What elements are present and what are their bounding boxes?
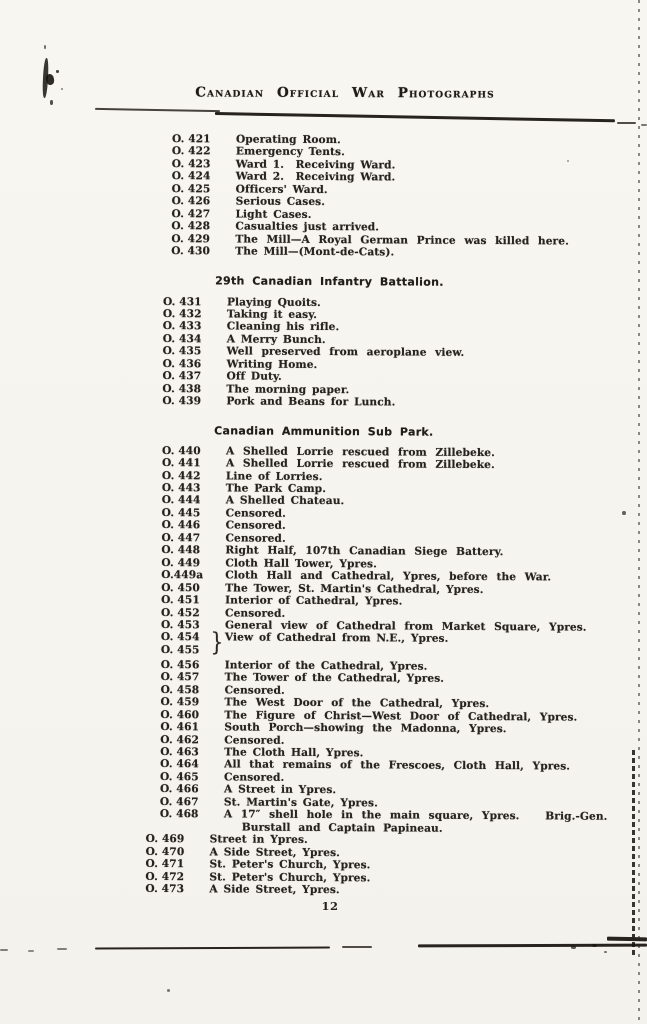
- entry-description: The West Door of the Cathedral, Ypres.: [224, 697, 489, 711]
- entry-number: O. 429: [171, 233, 223, 246]
- entry-description: Well preserved from aeroplane view.: [227, 346, 465, 359]
- footer-rule-right: [418, 944, 647, 947]
- entry-number: O. 432: [163, 308, 215, 321]
- entry-description: A Street in Ypres.: [224, 784, 336, 797]
- entry-number: O. 442: [162, 470, 214, 483]
- entry-description: A Merry Bunch.: [227, 333, 326, 346]
- section-29th-battalion: 29th Canadian Infantry Battalion. O. 431…: [158, 274, 641, 411]
- entry-description: Playing Quoits.: [227, 296, 321, 309]
- entry-number: O. 467: [160, 796, 212, 809]
- entry-description: Cloth Hall Tower, Ypres.: [225, 557, 377, 570]
- entry-number: O. 446: [162, 519, 214, 532]
- entry-number: O. 445: [162, 507, 214, 520]
- entry-number: O. 459: [160, 696, 212, 709]
- entry-number: O. 460: [160, 709, 212, 722]
- entry-description: A Shelled Chateau.: [226, 495, 345, 508]
- footer-rule-speck: [57, 948, 67, 950]
- entry-description: View of Cathedral from N.E., Ypres.: [225, 632, 449, 645]
- entry-number: O. 468: [160, 808, 212, 821]
- entry-description: Serious Cases.: [236, 196, 326, 209]
- entry-description: Ward 2. Receiving Ward.: [236, 171, 396, 184]
- ink-speck: [567, 160, 569, 162]
- entry-number: O. 458: [161, 684, 213, 697]
- entry-description: A Shelled Lorrie rescued from Zillebeke.: [226, 457, 495, 471]
- entry-number: O. 444: [162, 494, 214, 507]
- header-rule-left: [95, 108, 220, 112]
- entry-number: O. 428: [171, 220, 223, 233]
- entry-description: Censored.: [226, 507, 286, 519]
- ink-speck: [61, 88, 63, 90]
- entry-number: O. 452: [161, 607, 213, 620]
- entry-number: O. 436: [163, 358, 215, 371]
- entry-number: O. 465: [160, 771, 212, 784]
- entry-description: A Side Street, Ypres.: [209, 883, 339, 896]
- entry-number: O. 424: [172, 170, 224, 183]
- entry-number: O. 437: [162, 370, 214, 383]
- footer-rule-speck: [0, 949, 8, 951]
- binding-dashed-line: [632, 750, 635, 958]
- entry-description: Officers' Ward.: [236, 183, 328, 196]
- page-number: 12: [95, 899, 565, 913]
- catalog-entry: O. 439Pork and Beans for Lunch.: [158, 395, 640, 410]
- header-rule-dash: [641, 124, 647, 126]
- entry-number: O. 462: [160, 734, 212, 747]
- entry-number: O. 447: [161, 532, 213, 545]
- entry-number: O. 463: [160, 746, 212, 759]
- entry-number: O. 423: [172, 158, 224, 171]
- entry-list: O. 421Operating Room.O. 422Emergency Ten…: [159, 133, 642, 260]
- ink-speck: [571, 946, 576, 949]
- entry-description: Casualties just arrived.: [235, 221, 379, 234]
- entry-list: O. 431Playing Quoits.O. 432Taking it eas…: [158, 296, 641, 411]
- entry-number: O. 472: [145, 870, 197, 883]
- footer-rule-mid-dash: [342, 946, 372, 948]
- entry-description: Censored.: [225, 607, 285, 619]
- entry-number: O. 457: [161, 671, 213, 684]
- binding-cross-mark: [607, 937, 647, 941]
- entry-description: Operating Room.: [236, 133, 341, 146]
- entry-number: O. 453: [161, 619, 213, 632]
- entry-description: The Park Camp.: [226, 482, 326, 495]
- entry-number: O. 466: [160, 783, 212, 796]
- section-heading: 29th Canadian Infantry Battalion.: [215, 274, 641, 290]
- entry-number: O. 433: [163, 320, 215, 333]
- ink-speck: [56, 70, 59, 73]
- ink-speck: [50, 100, 53, 105]
- entry-number: O. 471: [145, 858, 197, 871]
- entry-description: A Shelled Lorrie rescued from Zillebeke.: [226, 445, 495, 459]
- entry-description: The morning paper.: [226, 383, 349, 396]
- entry-number: O. 464: [160, 758, 212, 771]
- entry-number: O. 440: [162, 445, 214, 458]
- entry-description: Censored.: [224, 771, 284, 783]
- ink-speck: [167, 989, 170, 992]
- section-heading: Canadian Ammunition Sub Park.: [214, 424, 640, 440]
- entry-number: O. 431: [163, 296, 215, 309]
- entry-description: St. Martin's Gate, Ypres.: [224, 796, 378, 809]
- entry-description: The Tower, St. Martin's Cathedral, Ypres…: [225, 582, 483, 596]
- entry-description: Off Duty.: [226, 371, 281, 383]
- entry-number: O. 454: [161, 631, 213, 644]
- entry-number: O. 469: [146, 833, 198, 846]
- scanned-catalog-page: { "colors": { "paper": "#f6f4ee", "ink":…: [0, 0, 647, 1024]
- ink-speck: [592, 944, 597, 947]
- entry-description: Censored.: [225, 532, 285, 544]
- entry-description: St. Peter's Church, Ypres.: [209, 871, 370, 884]
- entry-number: O. 439: [162, 395, 214, 408]
- entry-number: O. 426: [172, 195, 224, 208]
- entry-number: O. 455: [161, 644, 213, 657]
- entry-description: Censored.: [225, 684, 285, 696]
- entry-description: Line of Lorries.: [226, 470, 323, 483]
- entry-description: The Mill—(Mont-de-Cats).: [235, 246, 394, 259]
- entry-number: O. 470: [146, 846, 198, 859]
- entry-description: South Porch—showing the Madonna, Ypres.: [224, 721, 506, 735]
- entry-number: O.449a: [161, 569, 213, 582]
- entry-description: The Cloth Hall, Ypres.: [224, 746, 363, 759]
- section-hospital: O. 421Operating Room.O. 422Emergency Ten…: [159, 133, 642, 260]
- entry-number: O. 438: [162, 383, 214, 396]
- entry-number: O. 443: [162, 482, 214, 495]
- page-title: Canadian Official War Photographs: [120, 84, 570, 102]
- entry-number: O. 449: [161, 557, 213, 570]
- photo-catalog: O. 421Operating Room.O. 422Emergency Ten…: [155, 133, 642, 898]
- entry-description: Interior of Cathedral, Ypres.: [225, 594, 402, 607]
- footer-rule-left: [95, 946, 330, 949]
- entry-description: Street in Ypres.: [210, 833, 308, 846]
- entry-description: The Tower of the Cathedral, Ypres.: [225, 672, 445, 685]
- entry-description: Emergency Tents.: [236, 146, 345, 159]
- section-ammunition-sub-park: Canadian Ammunition Sub Park. O. 440A Sh…: [155, 424, 640, 899]
- entry-number: O. 434: [163, 333, 215, 346]
- entry-description: Writing Home.: [227, 358, 318, 371]
- entry-number: O. 451: [161, 594, 213, 607]
- ink-speck: [604, 951, 607, 953]
- entry-description: Cleaning his rifle.: [227, 321, 340, 334]
- catalog-entry: O. 430The Mill—(Mont-de-Cats).: [159, 245, 641, 260]
- entry-description: A Side Street, Ypres.: [210, 846, 340, 859]
- entry-number: O. 425: [172, 183, 224, 196]
- entry-description: Taking it easy.: [227, 308, 317, 321]
- entry-number: O. 430: [171, 245, 223, 258]
- catalog-entry: O. 473A Side Street, Ypres.: [141, 883, 637, 898]
- entry-list: O. 440A Shelled Lorrie rescued from Zill…: [155, 445, 640, 899]
- entry-number: O. 461: [160, 721, 212, 734]
- ink-speck: [44, 45, 46, 49]
- entry-description: Censored.: [224, 734, 284, 746]
- entry-number: O. 422: [172, 146, 224, 159]
- entry-number: O. 441: [162, 457, 214, 470]
- entry-description: Interior of the Cathedral, Ypres.: [225, 659, 428, 672]
- entry-number: O. 456: [161, 659, 213, 672]
- entry-description: Ward 1. Receiving Ward.: [236, 158, 396, 171]
- entry-description: Light Cases.: [235, 208, 311, 220]
- binding-dotted-line: [638, 0, 640, 1024]
- entry-number: O. 473: [145, 883, 197, 896]
- footer-rule-speck: [28, 950, 34, 952]
- entry-description: Censored.: [226, 520, 286, 532]
- entry-description: Right Half, 107th Canadian Siege Battery…: [225, 545, 503, 559]
- catalog-entry: O. 468A 17″ shell hole in the main squar…: [156, 808, 638, 836]
- entry-number: O. 448: [161, 544, 213, 557]
- entry-description: St. Peter's Church, Ypres.: [209, 858, 370, 871]
- ink-speck: [622, 511, 626, 515]
- entry-description: Pork and Beans for Lunch.: [226, 396, 395, 409]
- entry-number: O. 427: [171, 208, 223, 221]
- entry-number: O. 450: [161, 582, 213, 595]
- header-rule-dash: [617, 122, 636, 124]
- entry-number: O. 421: [172, 133, 224, 146]
- catalog-entry: O. 455: [157, 644, 639, 659]
- entry-number: O. 435: [163, 345, 215, 358]
